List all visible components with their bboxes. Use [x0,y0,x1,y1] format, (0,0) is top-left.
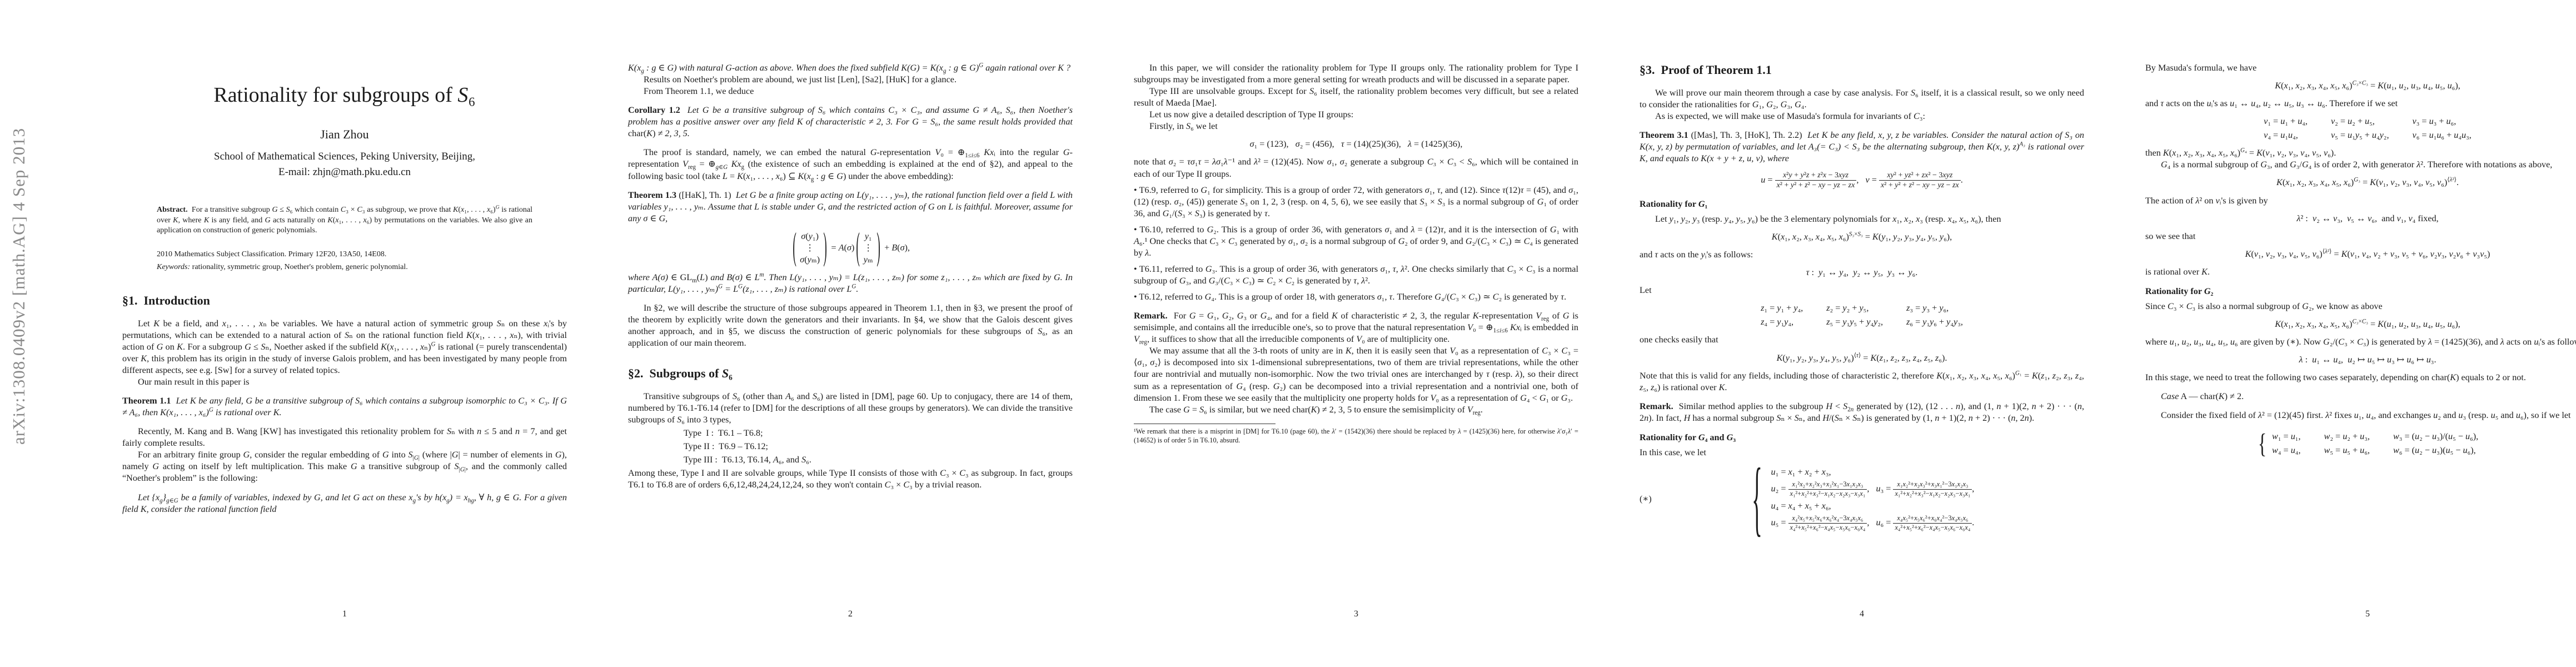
page-number: 3 [1103,609,1609,619]
footnote-rule [1134,424,1275,424]
v-definitions-equation: v₁ = u₁ + u₄,v₂ = u₂ + u₅,v₃ = u₃ + u₆,v… [2145,116,2576,141]
paragraph: G₄ is a normal subgroup of G₃, and G₃/G₄… [2145,159,2576,171]
page-number: 2 [597,609,1103,619]
paragraph: Consider the fixed field of λ² = (12)(45… [2145,410,2576,421]
lambda2-action-equation: λ² : v₂ ↔ v₃, v₅ ↔ v₆, and v₁, v₄ fixed, [2145,213,2576,225]
msc-line: 2010 Mathematics Subject Classification.… [157,250,532,260]
page-number: 1 [92,609,597,619]
equation: K(v₁, v₂, v₃, v₄, v₅, v₆)⟨λ²⟩ = K(v₁, v₄… [2145,248,2576,260]
theorem-1-1: Theorem 1.1 Let K be any field, G be a t… [122,395,567,419]
paragraph: one checks easily that [1640,334,2084,346]
equation: K(x₁, x₂, x₃, x₄, x₅, x₆)C₃×C₃ = K(u₁, u… [2145,318,2576,330]
type-list-item: Type I : T6.1 – T6.8; [684,427,1073,439]
section-3-heading: §3. Proof of Theorem 1.1 [1640,62,2084,78]
paragraph: Since C₃ × C₃ is also a normal subgroup … [2145,301,2576,312]
paragraph: Note that this is valid for any fields, … [1640,370,2084,394]
page-1: Rationality for subgroups of S₆ Jian Zho… [92,0,597,667]
uv-fraction-equation: u = x²y + y²z + z²x − 3xyzx² + y² + z² −… [1640,171,2084,191]
w-system: {w₁ = u₁,w₂ = u₂ + u₃,w₃ = (u₂ − u₃)/(u₅… [2145,429,2576,458]
affiliation: School of Mathematical Sciences, Peking … [122,150,567,164]
paragraph: For an arbitrary finite group G, conside… [122,449,567,484]
arxiv-stamp: arXiv:1308.0409v2 [math.AG] 4 Sep 2013 [9,128,29,445]
paragraph: The case G = S₆ is similar, but we need … [1134,404,1578,416]
generators-equation: σ₁ = (123), σ₂ = (456), τ = (14)(25)(36)… [1134,138,1578,150]
paragraph: We will prove our main theorem through a… [1640,87,2084,111]
paragraph: In this case, we let [1640,447,2084,459]
paragraph: Recently, M. Kang and B. Wang [KW] has i… [122,426,567,449]
author-name: Jian Zhou [122,127,567,143]
paragraph: Results on Noether's problem are abound,… [628,74,1073,86]
paragraph: We may assume that all the 3-th roots of… [1134,345,1578,404]
page-3: In this paper, we will consider the rati… [1103,0,1609,667]
bullet-t6-10: • T6.10, referred to G₂. This is a group… [1134,224,1578,259]
section-2-heading: §2. Subgroups of S₆ [628,366,1073,382]
paragraph: and τ acts on the uᵢ's as u₁ ↔ u₄, u₂ ↔ … [2145,98,2576,109]
paragraph: note that σ₂ = τσ₁τ = λσ₁λ⁻¹ and λ² = (1… [1134,156,1578,180]
paragraph: In this paper, we will consider the rati… [1134,62,1578,86]
page-5: By Masuda's formula, we have K(x₁, x₂, x… [2115,0,2576,667]
matrix-equation: (σ(y₁)⋮σ(yₘ)) = A(σ)(y₁⋮yₘ) + B(σ), [628,231,1073,266]
rationality-g4-g3-heading: Rationality for G₄ and G₃ [1640,432,2084,444]
case-a-heading: Case A — char(K) ≠ 2. [2145,391,2576,402]
paragraph: Let y₁, y₂, y₃ (resp. y₄, y₅, y₆) be the… [1640,213,2084,225]
paragraph: By Masuda's formula, we have [2145,62,2576,74]
page-2: K(xg : g ∈ G) with natural G-action as a… [597,0,1103,667]
noether-problem-statement: Let {xg}g∈G be a family of variables, in… [122,492,567,515]
paragraph: Among these, Type I and II are solvable … [628,467,1073,491]
page-4: §3. Proof of Theorem 1.1 We will prove o… [1609,0,2115,667]
keywords-line: Keywords: rationality, symmetric group, … [157,262,532,273]
rationality-g1-heading: Rationality for G₁ [1640,198,2084,210]
paragraph: Firstly, in S₆ we let [1134,121,1578,132]
bullet-t6-12: • T6.12, referred to G₄. This is a group… [1134,291,1578,303]
paragraph: then K(x₁, x₂, x₃, x₄, x₅, x₆)G₄ = K(v₁,… [2145,147,2576,159]
equation: K(y₁, y₂, y₃, y₄, y₅, y₆)⟨τ⟩ = K(z₁, z₂,… [1640,352,2084,364]
paragraph: so we see that [2145,231,2576,242]
paragraph: K(xg : g ∈ G) with natural G-action as a… [628,62,1073,74]
remark: Remark. For G = G₁, G₂, G₃ or G₄, and fo… [1134,310,1578,345]
rationality-g2-heading: Rationality for G₂ [2145,286,2576,297]
paragraph: Transitive subgroups of S₆ (other than A… [628,391,1073,426]
paragraph: where A(σ) ∈ GLm(L) and B(σ) ∈ Lm. Then … [628,272,1073,295]
tau-action-equation: τ : y₁ ↔ y₄, y₂ ↔ y₅, y₃ ↔ y₆. [1640,267,2084,278]
paper-title: Rationality for subgroups of S₆ [122,83,567,108]
bullet-t6-11: • T6.11, referred to G₃. This is a group… [1134,263,1578,287]
paragraph: Our main result in this paper is [122,376,567,388]
paragraph: is rational over K. [2145,266,2576,278]
document-canvas: Rationality for subgroups of S₆ Jian Zho… [92,0,2576,667]
paragraph: Let [1640,285,2084,296]
type-list-item: Type III : T6.13, T6.14, A₆, and S₆. [684,454,1073,466]
paragraph: In this stage, we need to treat the foll… [2145,372,2576,384]
equation: K(x₁, x₂, x₃, x₄, x₅, x₆)G₃ = K(v₁, v₂, … [2145,177,2576,188]
page-number: 5 [2115,609,2576,619]
paragraph: In §2, we will describe the structure of… [628,302,1073,349]
corollary-1-2: Corollary 1.2 Let G be a transitive subg… [628,104,1073,140]
paragraph: As is expected, we will make use of Masu… [1640,111,2084,122]
paragraph: where u₁, u₂, u₃, u₄, u₅, u₆ are given b… [2145,336,2576,348]
starred-u-system: (∗){u₁ = x₁ + x₂ + x₃,u₂ = x₁²x₂+x₂²x₃+x… [1640,466,2084,532]
remark: Remark. Similar method applies to the su… [1640,401,2084,424]
paragraph: The action of λ² on vᵢ's is given by [2145,195,2576,207]
email: E-mail: zhjn@math.pku.edu.cn [122,166,567,180]
paragraph: Let K be a field, and x₁, . . . , xₙ be … [122,318,567,376]
abstract: Abstract. For a transitive subgroup G ≤ … [157,205,532,237]
type-list-item: Type II : T6.9 – T6.12; [684,441,1073,452]
paragraph: Type III are unsolvable groups. Except f… [1134,86,1578,109]
theorem-3-1: Theorem 3.1 ([Mas], Th. 3, [HoK], Th. 2.… [1640,130,2084,165]
z-definitions-equation: z₁ = y₁ + y₄,z₂ = y₂ + y₅,z₃ = y₃ + y₆,z… [1640,302,2084,328]
equation: K(x₁, x₂, x₃, x₄, x₅, x₆)S₃×S₃ = K(y₁, y… [1640,231,2084,243]
equation: K(x₁, x₂, x₃, x₄, x₅, x₆)C₃×C₃ = K(u₁, u… [2145,80,2576,92]
theorem-1-3: Theorem 1.3 ([HaK], Th. 1) Let G be a fi… [628,190,1073,225]
paragraph: Let us now give a detailed description o… [1134,109,1578,121]
paragraph: From Theorem 1.1, we deduce [628,86,1073,97]
footnote: ¹We remark that there is a misprint in [… [1134,427,1578,445]
lambda-action-equation: λ : u₁ ↔ u₄, u₂ ↦ u₅ ↦ u₃ ↦ u₆ ↦ u₃. [2145,354,2576,366]
paragraph: The proof is standard, namely, we can em… [628,147,1073,182]
bullet-t6-9: • T6.9, referred to G₁ for simplicity. T… [1134,185,1578,220]
paragraph: and τ acts on the yᵢ's as follows: [1640,249,2084,261]
section-1-heading: §1. Introduction [122,293,567,309]
page-number: 4 [1609,609,2115,619]
